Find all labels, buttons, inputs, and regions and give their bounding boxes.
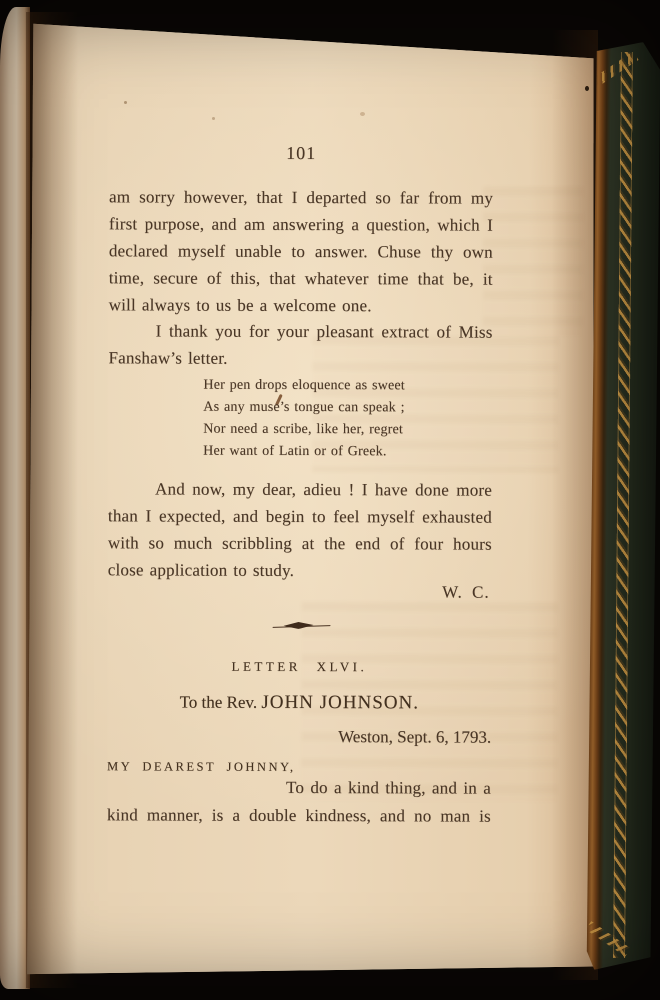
text-line: time, secure of this, that whatever time…	[109, 264, 493, 292]
text-line: declared myself unable to answer. Chuse …	[109, 237, 493, 265]
text-line: To do a kind thing, and in a	[107, 773, 491, 802]
book-photograph: 101 am sorry however, that I departed so…	[0, 0, 660, 1000]
verse-line: Nor need a scribe, like her, regret	[203, 419, 463, 442]
paragraph: am sorry however, that I departed so far…	[109, 183, 493, 319]
letter-recipient: To the Rev. JOHN JOHNSON.	[107, 689, 491, 717]
paragraph: I thank you for your pleasant extract of…	[108, 317, 492, 372]
text-line: Fanshaw’s letter.	[108, 344, 492, 372]
verse-quotation: Her pen drops eloquence as sweet As any …	[203, 375, 463, 464]
page-curl-edge	[0, 7, 30, 989]
text-column: 101 am sorry however, that I departed so…	[110, 17, 494, 18]
letter-heading: LETTER XLVI.	[107, 657, 491, 676]
page-number: 101	[109, 142, 493, 163]
paragraph: And now, my dear, adieu ! I have done mo…	[108, 475, 492, 584]
verse-line: Her pen drops eloquence as sweet	[203, 375, 463, 398]
text-line: first purpose, and am answering a questi…	[109, 210, 493, 238]
text-line: am sorry however, that I departed so far…	[109, 183, 493, 211]
text-line: than I expected, and begin to feel mysel…	[108, 502, 492, 530]
text-line: with so much scribbling at the end of fo…	[108, 529, 492, 557]
gilt-rope-tooling-band	[613, 52, 633, 958]
verse-line: Her want of Latin or of Greek.	[203, 441, 463, 464]
section-divider-ornament	[108, 621, 492, 630]
back-cover-edge	[586, 42, 660, 971]
recipient-prefix: To the Rev.	[180, 693, 262, 712]
paragraph: To do a kind thing, and in a kind manner…	[107, 773, 491, 830]
book-page: 101 am sorry however, that I departed so…	[24, 17, 597, 979]
text-line: will always to us be a welcome one.	[109, 291, 493, 319]
text-line: I thank you for your pleasant extract of…	[109, 317, 493, 345]
text-line: And now, my dear, adieu ! I have done mo…	[108, 475, 492, 503]
letter-dateline: Weston, Sept. 6, 1793.	[107, 723, 491, 750]
recipient-name: JOHN JOHNSON.	[261, 692, 419, 714]
divider-diamond	[283, 621, 313, 629]
bleed-through-ghost	[483, 187, 584, 337]
text-line: kind manner, is a double kindness, and n…	[107, 801, 491, 830]
verse-line: As any muse’s tongue can speak ;	[203, 397, 463, 420]
signature-initials: W. C.	[108, 579, 492, 604]
